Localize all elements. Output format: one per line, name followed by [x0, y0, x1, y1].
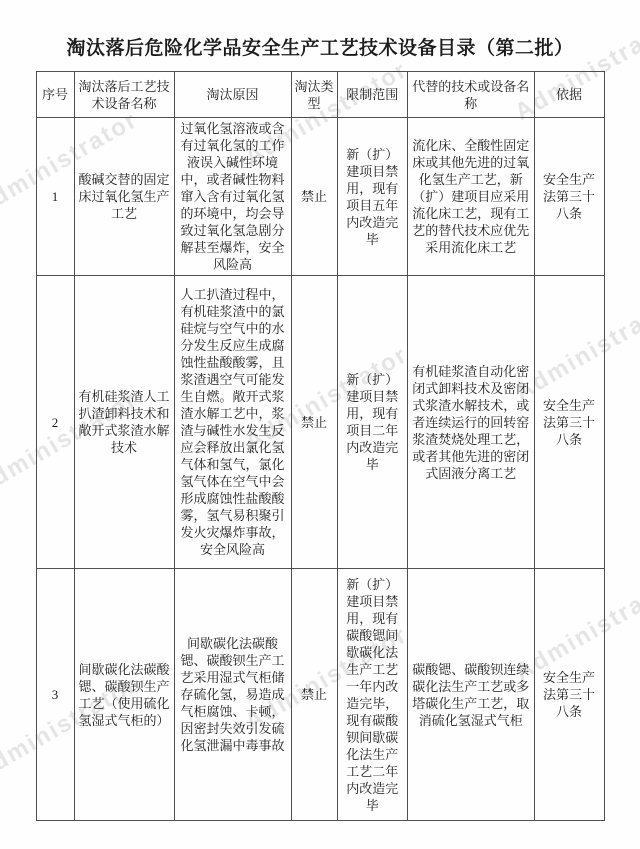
cell-equipment-name: 有机硅浆渣人工扒渣卸料技术和敞开式浆渣水解技术 [74, 276, 174, 569]
cell-replacement-technology: 流化床、全酸性固定床或其他先进的过氧化氢生产工艺，新（扩）建项目应采用流化床工艺… [407, 118, 534, 276]
cell-legal-basis: 安全生产法第三十八条 [534, 276, 604, 569]
header-restriction-scope: 限制范围 [337, 72, 407, 118]
cell-elimination-reason: 人工扒渣过程中，有机硅浆渣中的氯硅烷与空气中的水分发生反应生成腐蚀性盐酸酸雾，且… [174, 276, 291, 569]
cell-equipment-name: 酸碱交替的固定床过氧化氢生产工艺 [74, 118, 174, 276]
table-row: 3 间歇碳化法碳酸锶、碳酸钡生产工艺（使用硫化氢湿式气柜的） 间歇碳化法碳酸锶、… [36, 569, 604, 821]
cell-elimination-type: 禁止 [291, 276, 337, 569]
cell-equipment-name: 间歇碳化法碳酸锶、碳酸钡生产工艺（使用硫化氢湿式气柜的） [74, 569, 174, 821]
table-row: 1 酸碱交替的固定床过氧化氢生产工艺 过氧化氢溶液或含有过氧化氢的工作液误入碱性… [36, 118, 604, 276]
document-title: 淘汰落后危险化学品安全生产工艺技术设备目录（第二批） [0, 0, 640, 60]
header-equipment-name: 淘汰落后工艺技术设备名称 [74, 72, 174, 118]
cell-legal-basis: 安全生产法第三十八条 [534, 118, 604, 276]
cell-serial-number: 3 [36, 569, 74, 821]
table-row: 2 有机硅浆渣人工扒渣卸料技术和敞开式浆渣水解技术 人工扒渣过程中，有机硅浆渣中… [36, 276, 604, 569]
cell-serial-number: 1 [36, 118, 74, 276]
elimination-catalog-table: 序号 淘汰落后工艺技术设备名称 淘汰原因 淘汰类型 限制范围 代替的技术或设备名… [36, 71, 605, 821]
cell-replacement-technology: 有机硅浆渣自动化密闭式卸料技术及密闭式浆渣水解技术，或者连续运行的回转窑浆渣焚烧… [407, 276, 534, 569]
header-elimination-type: 淘汰类型 [291, 72, 337, 118]
cell-serial-number: 2 [36, 276, 74, 569]
header-serial-number: 序号 [36, 72, 74, 118]
cell-restriction-scope: 新（扩）建项目禁用，现有项目五年内改造完毕 [337, 118, 407, 276]
cell-elimination-reason: 过氧化氢溶液或含有过氧化氢的工作液误入碱性环境中，或者碱性物料窜入含有过氧化氢的… [174, 118, 291, 276]
cell-legal-basis: 安全生产法第三十八条 [534, 569, 604, 821]
table-header-row: 序号 淘汰落后工艺技术设备名称 淘汰原因 淘汰类型 限制范围 代替的技术或设备名… [36, 72, 604, 118]
header-legal-basis: 依据 [534, 72, 604, 118]
cell-replacement-technology: 碳酸锶、碳酸钡连续碳化法生产工艺或多塔碳化生产工艺，取消硫化氢湿式气柜 [407, 569, 534, 821]
document-page: Administrator Administrator Administrato… [0, 0, 640, 849]
cell-restriction-scope: 新（扩）建项目禁用，现有碳酸锶间歇碳化法生产工艺一年内改造完毕，现有碳酸钡间歇碳… [337, 569, 407, 821]
header-replacement-technology: 代替的技术或设备名称 [407, 72, 534, 118]
cell-elimination-reason: 间歇碳化法碳酸锶、碳酸钡生产工艺采用湿式气柜储存硫化氢，易造成气柜腐蚀、卡顿，因… [174, 569, 291, 821]
cell-elimination-type: 禁止 [291, 569, 337, 821]
header-elimination-reason: 淘汰原因 [174, 72, 291, 118]
cell-elimination-type: 禁止 [291, 118, 337, 276]
cell-restriction-scope: 新（扩）建项目禁用，现有项目二年内改造完毕 [337, 276, 407, 569]
